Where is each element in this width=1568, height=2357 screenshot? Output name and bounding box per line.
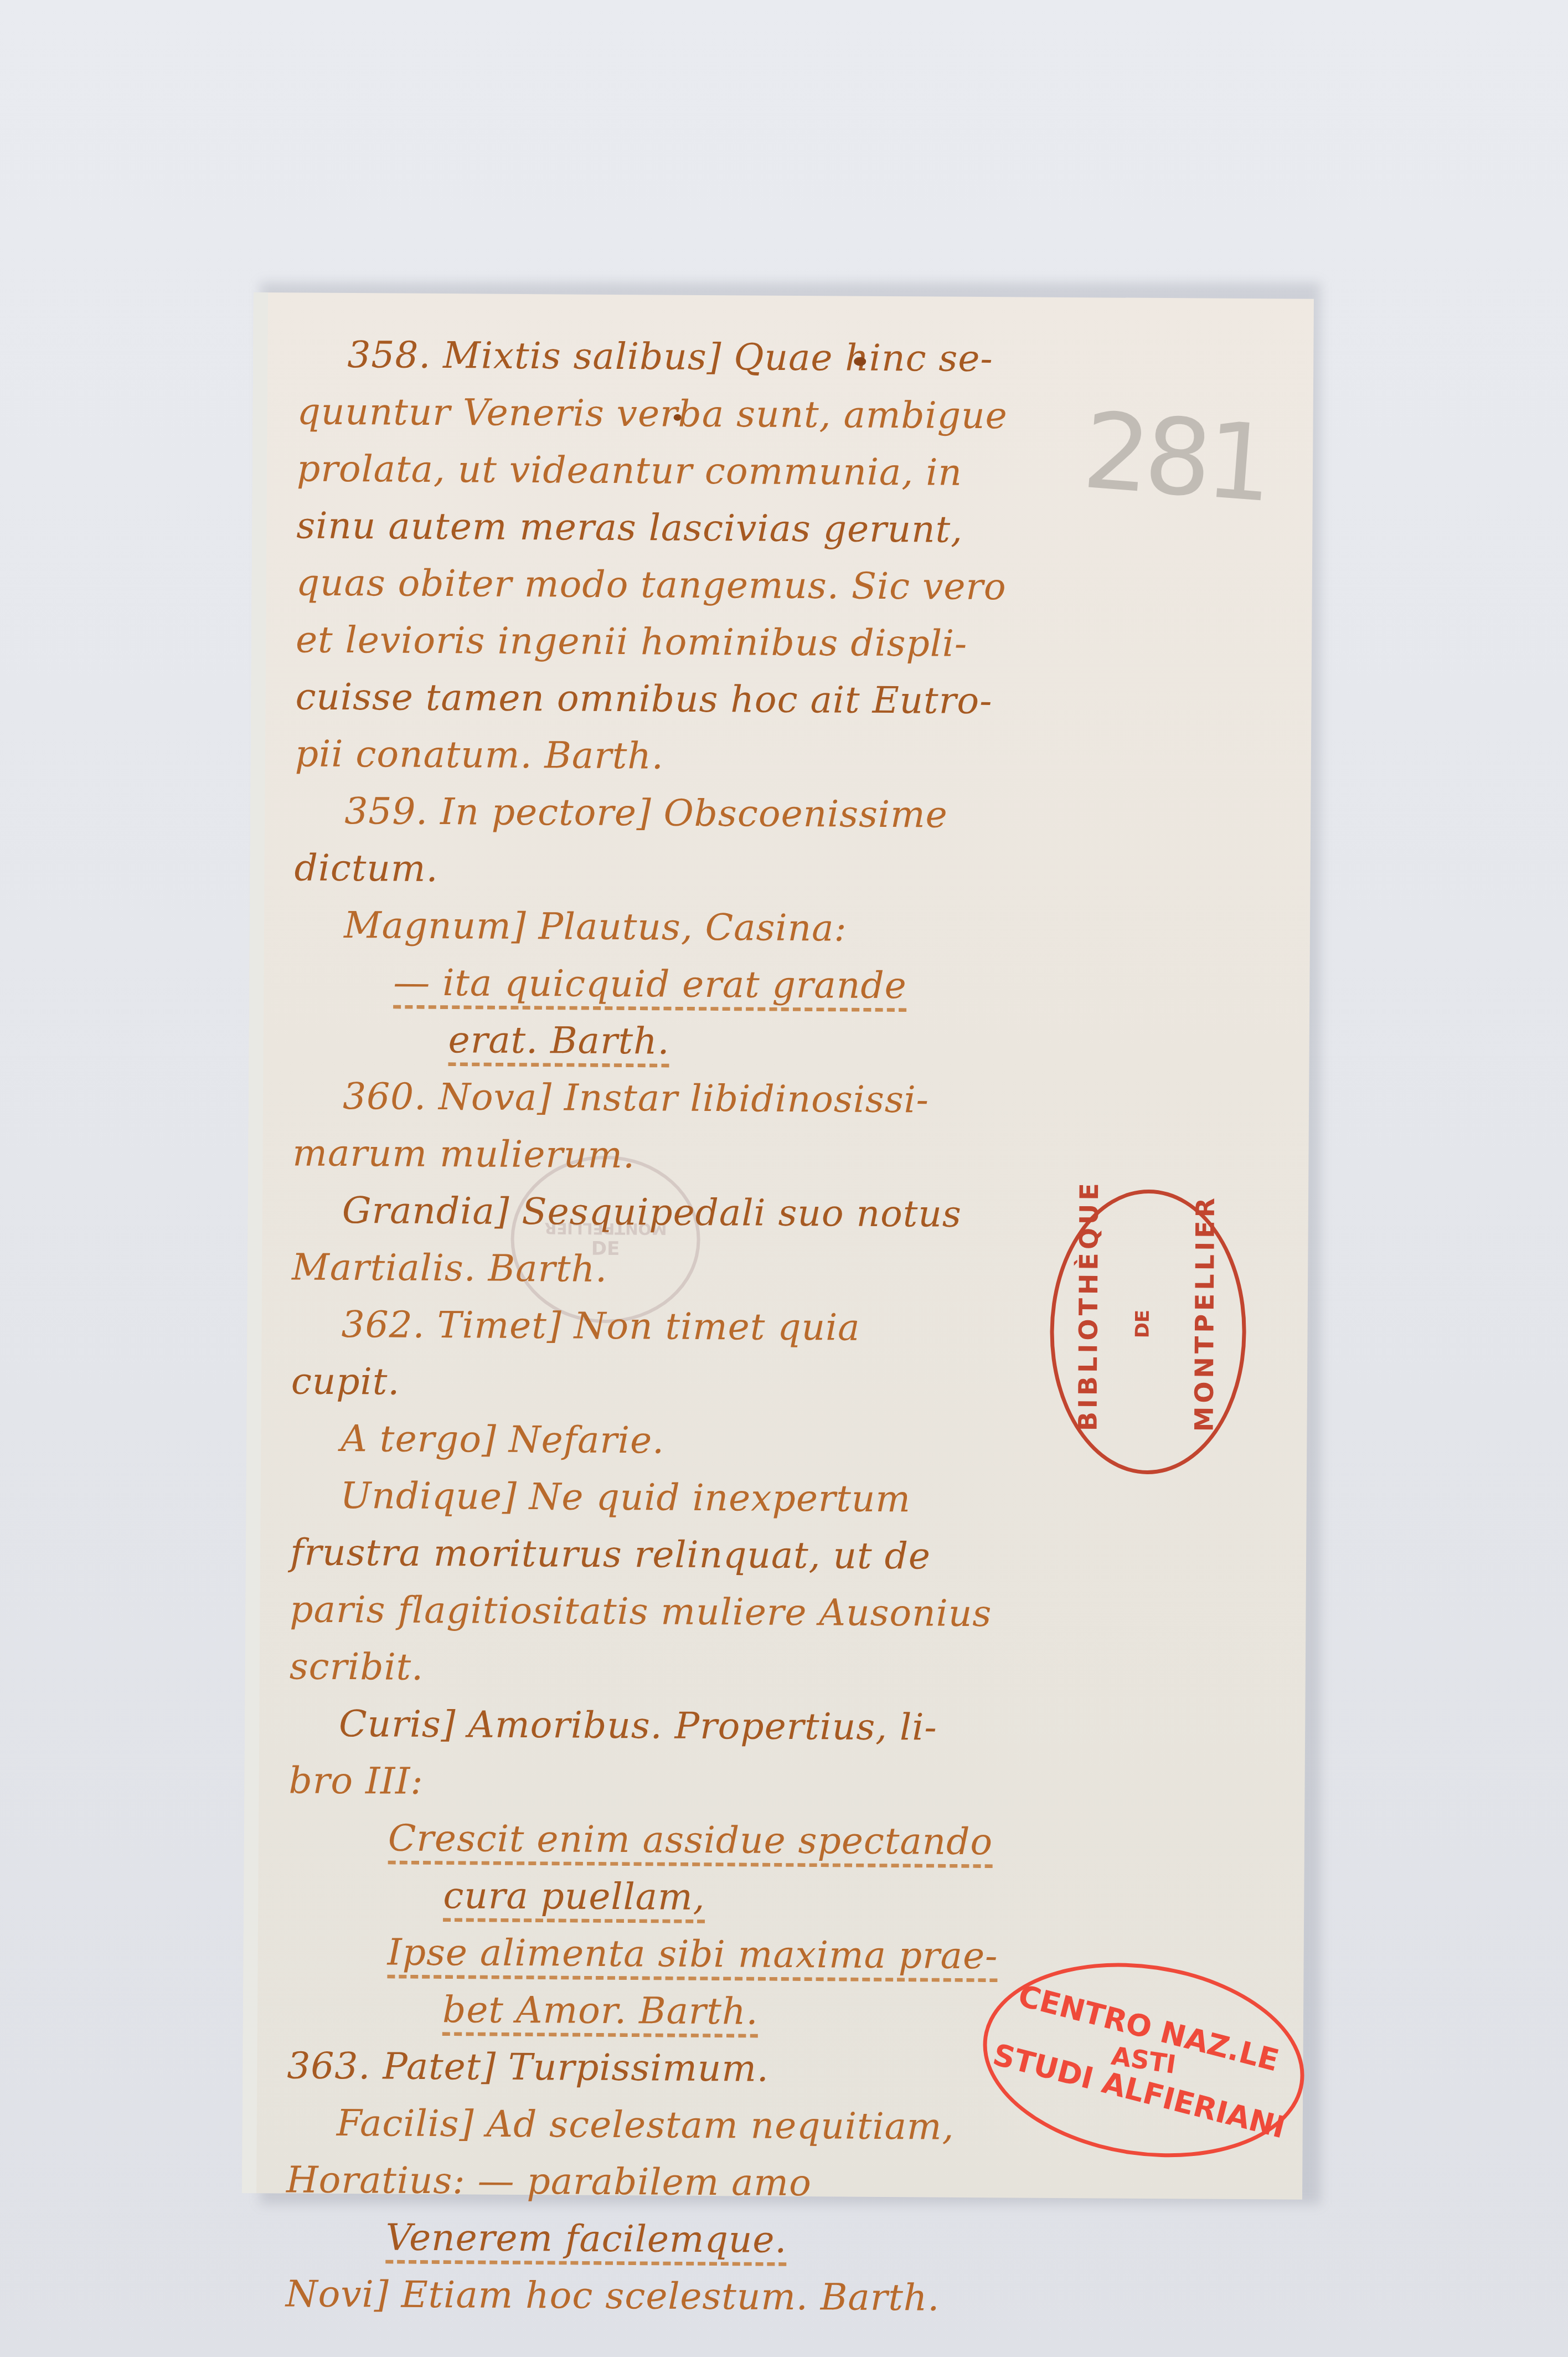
manuscript-line: cuisse tamen omnibus hoc ait Eutro- bbox=[295, 668, 1281, 731]
ink-blot bbox=[854, 357, 866, 366]
manuscript-line: frustra moriturus relinquat, ut de bbox=[290, 1524, 1276, 1587]
manuscript-line: Venerem facilemque. bbox=[286, 2208, 1272, 2271]
manuscript-line: Horatius: — parabilem amo bbox=[286, 2151, 1272, 2214]
manuscript-line: pii conatum. Barth. bbox=[295, 725, 1281, 788]
manuscript-line: — ita quicquid erat grande bbox=[293, 953, 1280, 1016]
manuscript-line: marum mulierum. bbox=[292, 1124, 1278, 1187]
manuscript-line: Magnum] Plautus, Casina: bbox=[294, 896, 1280, 959]
stamp-text-de: DE bbox=[1131, 1310, 1164, 1339]
manuscript-line: et levioris ingenii hominibus displi- bbox=[296, 611, 1282, 674]
manuscript-line: Crescit enim assidue spectando bbox=[288, 1809, 1275, 1872]
stamp-text-bibliotheque: BIBLIOTHÈQUE bbox=[1072, 1232, 1107, 1431]
manuscript-line: quas obiter modo tangemus. Sic vero bbox=[296, 554, 1282, 617]
manuscript-line: Novi] Etiam hoc scelestum. Barth. bbox=[286, 2265, 1272, 2328]
manuscript-line: quuntur Veneris verba sunt, ambigue bbox=[297, 383, 1283, 446]
sheet-left-edge bbox=[242, 292, 268, 2193]
manuscript-line: erat. Barth. bbox=[293, 1010, 1279, 1073]
manuscript-line: Undique] Ne quid inexpertum bbox=[290, 1466, 1276, 1530]
manuscript-line: bro III: bbox=[288, 1752, 1275, 1815]
manuscript-line: scribit. bbox=[290, 1638, 1276, 1701]
stamp-text-montpellier: MONTPELLIER bbox=[1189, 1232, 1223, 1432]
manuscript-line: paris flagitiositatis muliere Ausonius bbox=[290, 1581, 1276, 1644]
manuscript-line: 358. Mixtis salibus] Quae hinc se- bbox=[297, 326, 1283, 389]
manuscript-line: 359. In pectore] Obscoenissime bbox=[295, 782, 1281, 845]
manuscript-line: prolata, ut videantur communia, in bbox=[297, 440, 1283, 503]
manuscript-line: sinu autem meras lascivias gerunt, bbox=[296, 497, 1282, 560]
manuscript-line: Curis] Amoribus. Propertius, li- bbox=[289, 1695, 1275, 1758]
manuscript-line: cura puellam, bbox=[288, 1866, 1274, 1929]
manuscript-sheet: 281 MONTPELLIER DE 358. Mixtis salibus] … bbox=[242, 292, 1314, 2200]
manuscript-line: 360. Nova] Instar libidinosissi- bbox=[293, 1067, 1279, 1130]
bibliotheque-montpellier-stamp: BIBLIOTHÈQUE DE MONTPELLIER bbox=[1049, 1189, 1247, 1475]
ink-blot bbox=[674, 414, 682, 421]
manuscript-line: dictum. bbox=[294, 839, 1280, 902]
